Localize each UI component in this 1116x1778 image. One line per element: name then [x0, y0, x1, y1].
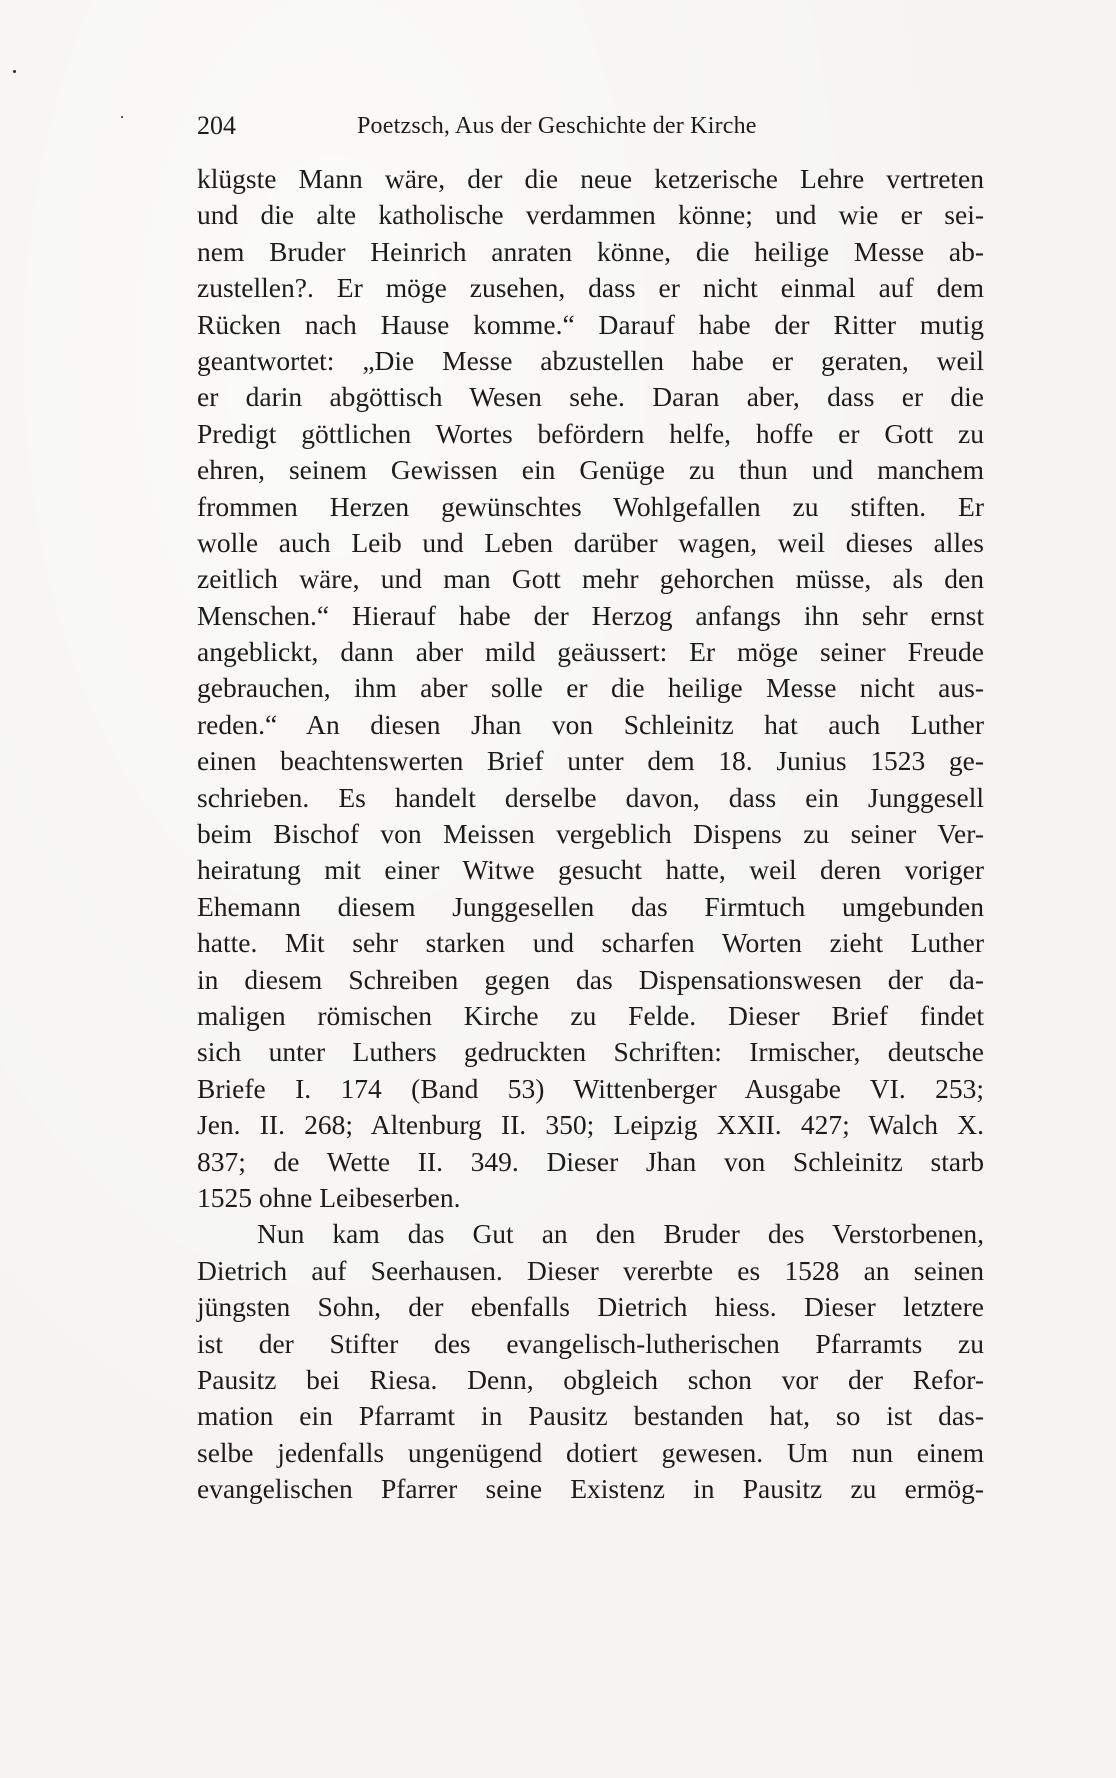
text-line: Rücken nach Hause komme.“ Darauf habe de…	[197, 307, 984, 343]
text-line: und die alte katholische verdammen könne…	[197, 197, 984, 233]
text-line: reden.“ An diesen Jhan von Schleinitz ha…	[197, 707, 984, 743]
text-line: ist der Stifter des evangelisch-lutheris…	[197, 1326, 984, 1362]
running-title: Poetzsch, Aus der Geschichte der Kirche	[357, 108, 757, 144]
ink-speck	[13, 70, 16, 73]
text-line: zeitlich wäre, und man Gott mehr gehorch…	[197, 561, 984, 597]
text-line: jüngsten Sohn, der ebenfalls Dietrich hi…	[197, 1289, 984, 1325]
text-line: gebrauchen, ihm aber solle er die heilig…	[197, 670, 984, 706]
page-header: 204 Poetzsch, Aus der Geschichte der Kir…	[197, 108, 984, 144]
text-line: selbe jedenfalls ungenügend dotiert gewe…	[197, 1435, 984, 1471]
ink-speck	[121, 116, 123, 118]
text-line: maligen römischen Kirche zu Felde. Diese…	[197, 998, 984, 1034]
text-line: geantwortet: „Die Messe abzustellen habe…	[197, 343, 984, 379]
text-line: 837; de Wette II. 349. Dieser Jhan von S…	[197, 1144, 984, 1180]
text-line: zustellen?. Er möge zusehen, dass er nic…	[197, 270, 984, 306]
body-text: klügste Mann wäre, der die neue ketzeris…	[197, 161, 984, 1507]
text-line: er darin abgöttisch Wesen sehe. Daran ab…	[197, 379, 984, 415]
text-line: frommen Herzen gewünschtes Wohlgefallen …	[197, 489, 984, 525]
page-number: 204	[197, 108, 236, 144]
text-line: hatte. Mit sehr starken und scharfen Wor…	[197, 925, 984, 961]
text-line: sich unter Luthers gedruckten Schriften:…	[197, 1034, 984, 1070]
text-line: heiratung mit einer Witwe gesucht hatte,…	[197, 852, 984, 888]
text-line: wolle auch Leib und Leben darüber wagen,…	[197, 525, 984, 561]
text-line: angeblickt, dann aber mild geäussert: Er…	[197, 634, 984, 670]
text-line: Menschen.“ Hierauf habe der Herzog anfan…	[197, 598, 984, 634]
text-line: schrieben. Es handelt derselbe davon, da…	[197, 780, 984, 816]
text-line: Nun kam das Gut an den Bruder des Versto…	[197, 1216, 984, 1252]
text-line: mation ein Pfarramt in Pausitz bestanden…	[197, 1398, 984, 1434]
text-line: Ehemann diesem Junggesellen das Firmtuch…	[197, 889, 984, 925]
text-line: Predigt göttlichen Wortes befördern helf…	[197, 416, 984, 452]
text-line: Briefe I. 174 (Band 53) Wittenberger Aus…	[197, 1071, 984, 1107]
text-line: einen beachtenswerten Brief unter dem 18…	[197, 743, 984, 779]
scanned-book-page: 204 Poetzsch, Aus der Geschichte der Kir…	[0, 0, 1116, 1778]
text-line: 1525 ohne Leibeserben.	[197, 1180, 984, 1216]
text-line: nem Bruder Heinrich anraten könne, die h…	[197, 234, 984, 270]
text-line: Dietrich auf Seerhausen. Dieser vererbte…	[197, 1253, 984, 1289]
text-line: ehren, seinem Gewissen ein Genüge zu thu…	[197, 452, 984, 488]
text-line: evangelischen Pfarrer seine Existenz in …	[197, 1471, 984, 1507]
text-line: in diesem Schreiben gegen das Dispensati…	[197, 962, 984, 998]
text-line: klügste Mann wäre, der die neue ketzeris…	[197, 161, 984, 197]
text-line: beim Bischof von Meissen vergeblich Disp…	[197, 816, 984, 852]
text-line: Jen. II. 268; Altenburg II. 350; Leipzig…	[197, 1107, 984, 1143]
text-line: Pausitz bei Riesa. Denn, obgleich schon …	[197, 1362, 984, 1398]
